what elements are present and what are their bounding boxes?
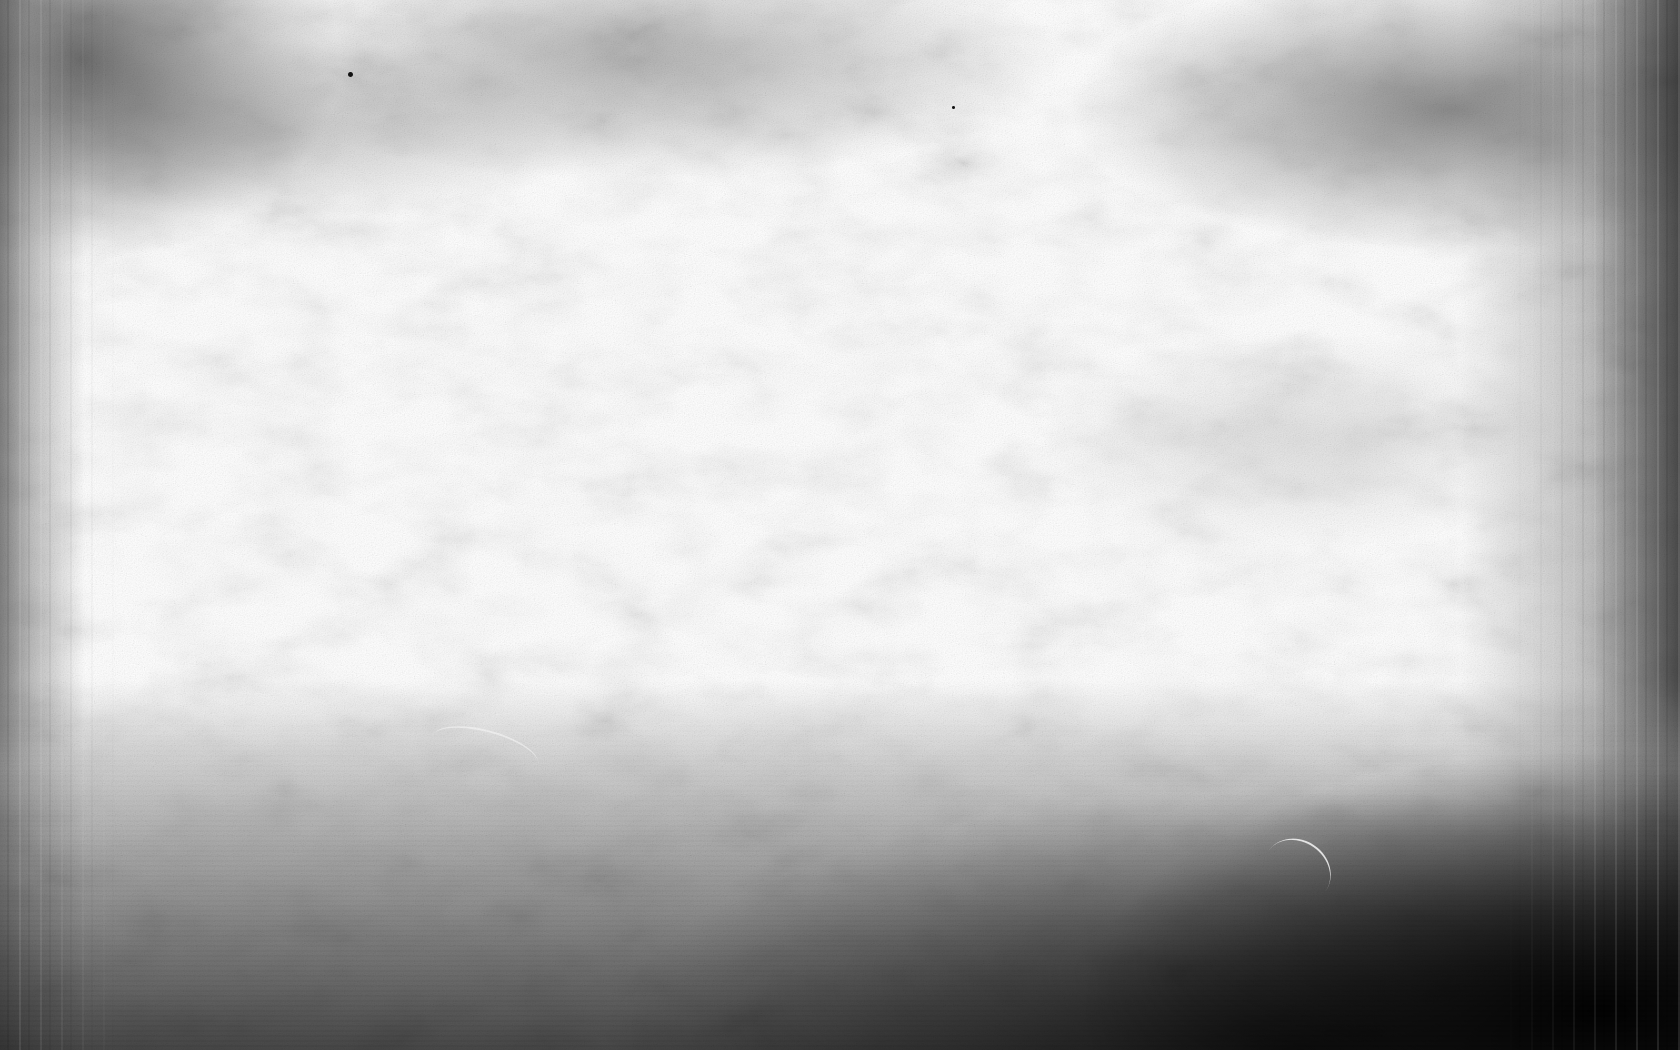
scan-lines [0,0,1680,1050]
dust-speck [952,106,955,109]
dust-speck [348,72,353,77]
grunge-texture-background [0,0,1680,1050]
